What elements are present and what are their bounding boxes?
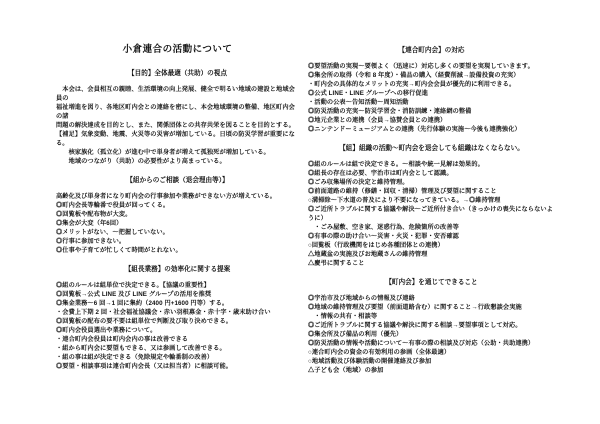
document-section: 【連合町内会】の対応◎要望活動の実現～要領よく（迅速に）対応し多くの要望を実現し… [308,46,555,134]
text-line: △子ども会（地域）の参加 [308,366,555,375]
text-line: ◎集会が大変（年6回） [56,219,299,228]
section-heading: 【組長業務】の効率化に関する提案 [56,265,299,274]
text-line: 福祉増進を図り、各地区町内会との連絡を密にし、本会地域環境の整備、地区町内会の諸 [56,103,299,121]
text-line: ◎集会所の取得（令和 8 年度）・備品の購入（経費削減→設備投資の充実） [308,71,555,80]
section-heading: 【連合町内会】の対応 [308,46,555,55]
text-line: △地蔵盆の実施及びお地蔵さんの維持管理 [308,250,555,259]
text-line: ◎回覧板の配布の要不要は組単位で判断及び取り決めできる。 [56,317,299,326]
text-line: 本会は、会員相互の親睦、生活環境の向上発展、健全で明るい地域の建設と地域会員の [56,85,299,103]
text-line: ◎メリットがない、～把握していない。 [56,228,299,237]
text-line: ・情報の共有・相談等 [308,312,555,321]
text-line: 【補足】気象変動、地震、火災等の災害が増加している。日頃の防災学習が重要になる。 [56,130,299,148]
text-line: ◎回覧板→公式 LINE 及び LINE グループの活用を推奨 [56,290,299,299]
document-section: 【組からのご相談（退会理由等）】高齢化及び単身者になり町内会の行事参加や業務がで… [56,176,299,255]
text-line: 問題の解決達成を目的とし、また、関係団体との共存共栄を図ることを目的とする。 [56,121,299,130]
document-section: 【町内会】を通じてできること◎宇治市及び地域からの情報及び連絡◎地域の維持管理及… [308,278,555,375]
left-column: 小倉連合の活動について 【目的】全体最適（共助）の視点 本会は、会員相互の親睦、… [56,42,299,380]
text-line: ◎地域の維持管理及び要望（前面道路含む）に関すること→行政懇談会実施 [308,303,555,312]
text-line: ・組の事は組が決定できる（免除規定や輪番制の改善） [56,353,299,362]
section-heading: 【目的】全体最適（共助）の視点 [56,69,299,78]
text-line: ○溝掃除～下水道の普及により不要になってきている。→◎維持管理 [308,196,555,205]
text-line: ・町内会の具体的なメリットの充実→町内会会員が優先的に利用できる。 [308,80,555,89]
text-line: ◎ご近所トラブルに関する協議や解決に関する相談→要望事項として対応。 [308,321,555,330]
text-line: ○連合町内会の資金の有効利用の参画（全体最適） [308,348,555,357]
text-line: ◎要望活動の実現～要領よく（迅速に）対応し多くの要望を実現していきます。 [308,62,555,71]
text-line: ○回覧板（行政機関をはじめ各種団体との連携） [308,241,555,250]
document-section: 【組】組織の活動～町内会を退会しても組織はなくならない。◎組のルールは組で決定で… [308,144,555,268]
section-heading: 【町内会】を通じてできること [308,278,555,287]
text-line: ◎集金業務～6 回→1 回に集約（2400 円+1600 円等）する。 [56,299,299,308]
text-line: ◎組長の存在は必要、宇治市は町内会として認識。 [308,169,555,178]
text-line: ◎仕事や子育てが忙しくて時間がとれない。 [56,246,299,255]
text-line: ◎集会所及び備品の利用（優先） [308,330,555,339]
text-line: ◎ニンテンドーミュージアムとの連携（先行体験の実施～今後も連携強化） [308,125,555,134]
text-line: 高齢化及び単身者になり町内会の行事参加や業務ができない方が増えている。 [56,192,299,201]
text-line: ◎ご近所トラブルに関する協議や解決～ご近所付き合い（きっかけの喪失にならないよう… [308,205,555,223]
document-section: 【目的】全体最適（共助）の視点 本会は、会員相互の親睦、生活環境の向上発展、健全… [56,69,299,166]
text-line: ◎防災活動の充実～防災学習会・消防訓練・連絡網の整備 [308,107,555,116]
text-line: ◎地元企業との連携（会員→協賛会員との連携） [308,116,555,125]
text-line: ◎防災活動の情報や活動について～有事の際の相談及び対応（公助・共助連携） [308,339,555,348]
text-line: ◎公式 LINE・LINE グループへの移行促進 [308,89,555,98]
text-line: 地域のつながり（共助）の必要性がより高まっている。 [56,157,299,166]
text-line: ◎町内会長等輪番で役員が回ってくる。 [56,201,299,210]
text-line: ◎ごみ収集場所の決定と維持管理。 [308,178,555,187]
text-line: 核家族化（孤立化）が進む中で単身者が増えて孤独死が増加している。 [56,148,299,157]
text-line: △慶弔に関すること [308,259,555,268]
text-line: ・活動の公表～告知活動～周知活動 [308,98,555,107]
text-line: ・ごみ屋敷、空き家、迷惑行為、危険箇所の改善等 [308,223,555,232]
text-line: ◎組のルールは組単位で決定できる。【協議の重要性】 [56,281,299,290]
text-line: ◎回覧板や配布物が大変。 [56,210,299,219]
text-line: ◎前面道路の維持（修繕・回収・清掃）管理及び要望に関すること [308,187,555,196]
text-line: ○地域活動及び体験活動の開催連絡及び参加 [308,357,555,366]
page-title: 小倉連合の活動について [56,44,299,56]
document-section: 【組長業務】の効率化に関する提案◎組のルールは組単位で決定できる。【協議の重要性… [56,265,299,371]
text-line: ・会費上下期 2 回・社会福祉協議会・赤い羽根募金・赤十字・歳末助け合い [56,308,299,317]
document-page: 小倉連合の活動について 【目的】全体最適（共助）の視点 本会は、会員相互の親睦、… [0,0,600,424]
text-line: ・連合町内会役員は町内会内の事は改善できる [56,335,299,344]
text-line: ◎行事に参加できない。 [56,237,299,246]
section-heading: 【組からのご相談（退会理由等）】 [56,176,299,185]
text-line: ◎組のルールは組で決定できる。～相談や統一見解は効果的。 [308,160,555,169]
text-line: ◎町内会役員選出や業務について。 [56,326,299,335]
right-column: 【連合町内会】の対応◎要望活動の実現～要領よく（迅速に）対応し多くの要望を実現し… [308,42,555,384]
text-line: ◎宇治市及び地域からの情報及び連絡 [308,294,555,303]
text-line: ◎有事の際の助け合い～災害・火災・犯罪・安否確認 [308,232,555,241]
text-line: ・組から町内会に要望もできる、又は参画して改善できる。 [56,344,299,353]
section-heading: 【組】組織の活動～町内会を退会しても組織はなくならない。 [308,144,555,153]
text-line: ◎要望・相談事項は連合町内会長（又は担当者）に相談可能。 [56,362,299,371]
